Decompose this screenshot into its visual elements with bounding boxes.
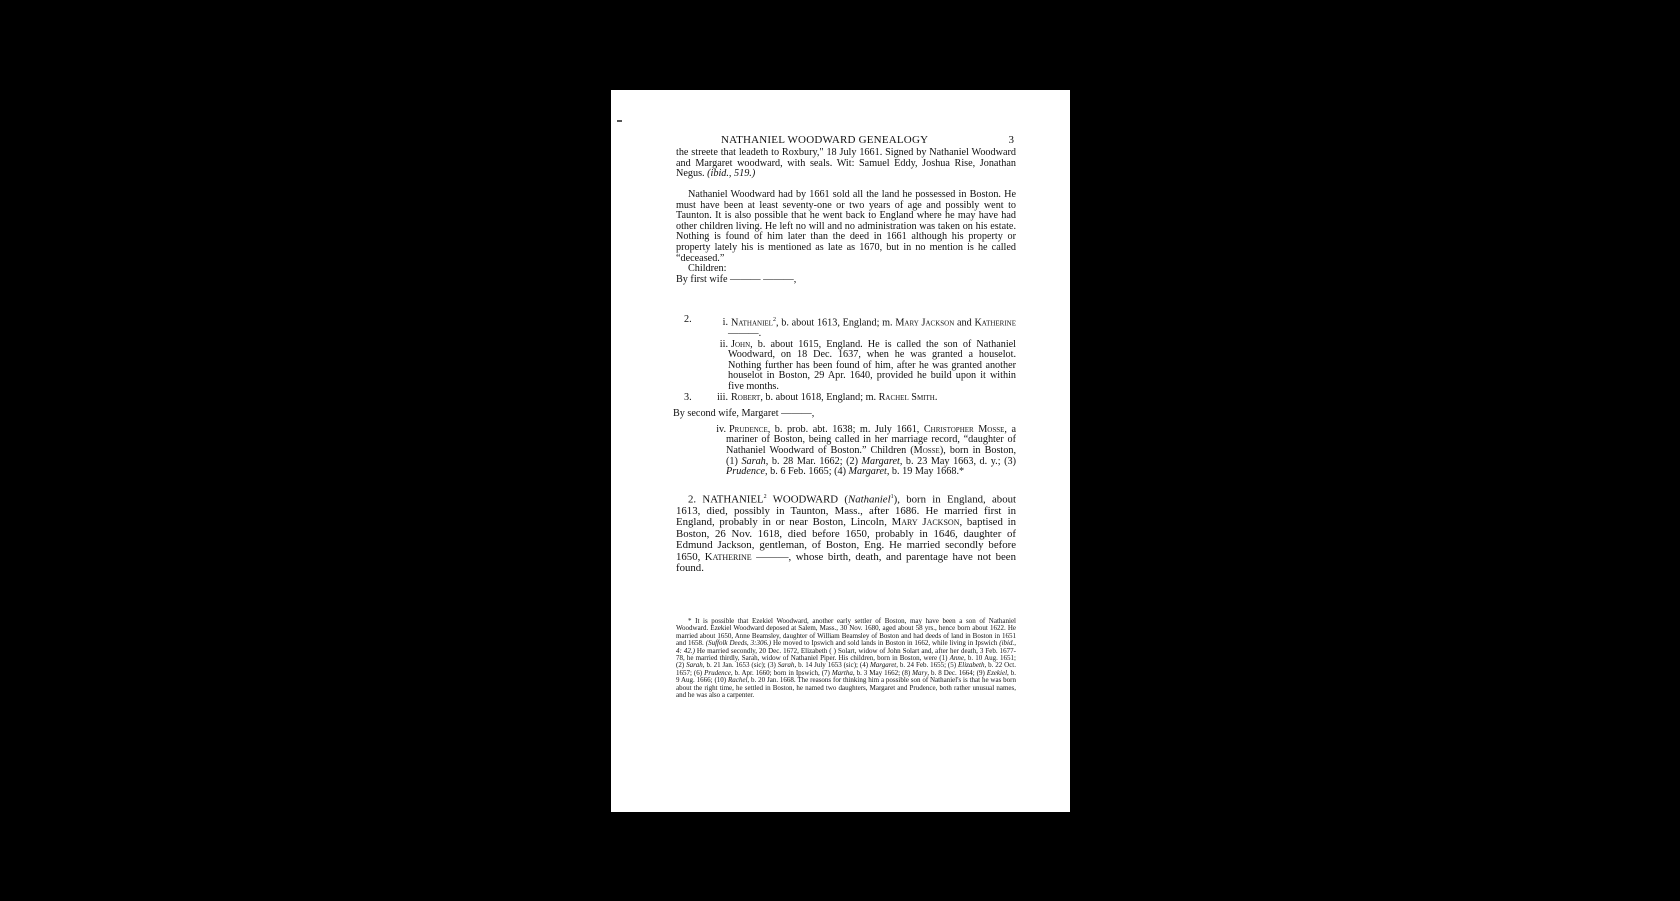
footnote: * It is possible that Ezekiel Woodward, … <box>676 618 1016 699</box>
child-entry: 3.iii.Robert, b. about 1618, England; m.… <box>676 393 1016 404</box>
running-title: NATHANIEL WOODWARD GENEALOGY <box>721 134 928 146</box>
scan-mark <box>617 120 622 122</box>
children-list: 2.i.Nathaniel2, b. about 1613, England; … <box>676 315 1016 478</box>
child-entry: ii.John, b. about 1615, England. He is c… <box>676 340 1016 393</box>
paragraph-deed: the streete that leadeth to Roxbury," 18… <box>676 148 1016 180</box>
first-wife-heading: By first wife ——— ———, <box>676 275 1016 286</box>
section-nathaniel-2: 2. NATHANIEL2 WOODWARD (Nathaniel1), bor… <box>676 492 1016 574</box>
paragraph-summary: Nathaniel Woodward had by 1661 sold all … <box>676 190 1016 285</box>
page-number: 3 <box>1009 134 1015 146</box>
child-entry: 2.i.Nathaniel2, b. about 1613, England; … <box>676 315 1016 340</box>
second-wife-heading: By second wife, Margaret ———, <box>673 409 1016 420</box>
child-entry: iv.Prudence, b. prob. abt. 1638; m. July… <box>676 425 1016 478</box>
document-page: NATHANIEL WOODWARD GENEALOGY 3 the stree… <box>611 90 1070 812</box>
